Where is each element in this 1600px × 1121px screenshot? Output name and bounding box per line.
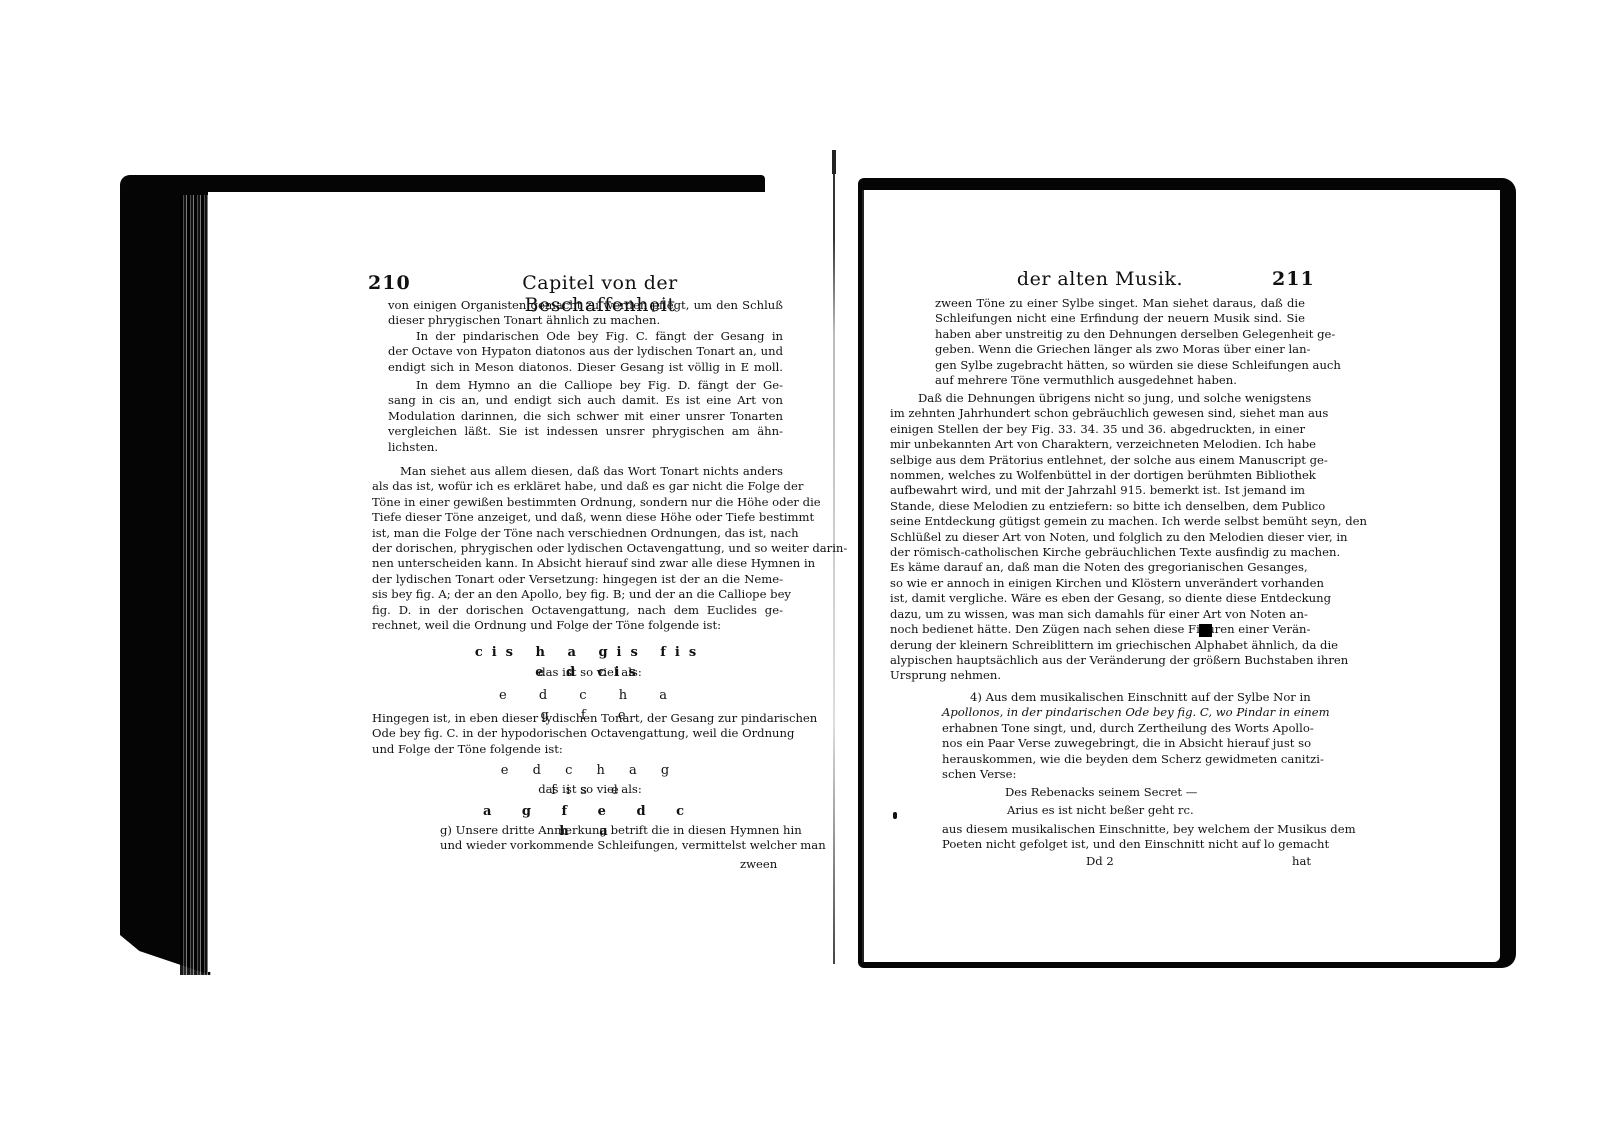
text-line: Man siehet aus allem diesen, daß das Wor… bbox=[372, 464, 783, 479]
text-line: Ode bey fig. C. in der hypodorischen Oct… bbox=[372, 726, 783, 741]
text-line: Ursprung nehmen. bbox=[890, 668, 1305, 683]
text-line: herauskommen, wie die beyden dem Scherz … bbox=[942, 752, 1305, 767]
footnote-line: g) Unsere dritte Anmerkung betrift die i… bbox=[440, 823, 783, 838]
signature-mark: Dd 2 bbox=[1086, 854, 1114, 869]
text-line: Es käme darauf an, daß man die Noten des… bbox=[890, 560, 1305, 575]
text-line: Tiefe dieser Töne anzeiget, und daß, wen… bbox=[372, 510, 783, 525]
right-page-paragraph-3: 4) Aus dem musikalischen Einschnitt auf … bbox=[942, 690, 1305, 782]
text-line: sis bey fig. A; der an den Apollo, bey f… bbox=[372, 587, 783, 602]
text-line: In der pindarischen Ode bey Fig. C. fäng… bbox=[388, 329, 783, 344]
ink-blot bbox=[1199, 620, 1212, 639]
text-line: zween Töne zu einer Sylbe singet. Man si… bbox=[935, 296, 1305, 311]
right-page-paragraph-4: aus diesem musikalischen Einschnitte, be… bbox=[942, 822, 1305, 853]
text-line: 4) Aus dem musikalischen Einschnitt auf … bbox=[942, 690, 1305, 705]
text-line: einigen Stellen der bey Fig. 33. 34. 35 … bbox=[890, 422, 1305, 437]
text-line: nommen, welches zu Wolfenbüttel in der d… bbox=[890, 468, 1305, 483]
text-line: als das ist, wofür ich es erkläret habe,… bbox=[372, 479, 783, 494]
text-line: ist, man die Folge der Töne nach verschi… bbox=[372, 526, 783, 541]
text-line: Apollonos, in der pindarischen Ode bey f… bbox=[942, 705, 1305, 720]
text-line: derung der kleinern Schreiblittern im gr… bbox=[890, 638, 1305, 653]
verse-line: Arius es ist nicht beßer geht rc. bbox=[1005, 803, 1265, 818]
left-page-number: 210 bbox=[368, 272, 411, 294]
text-line: noch bedienet hätte. Den Zügen nach sehe… bbox=[890, 622, 1305, 637]
text-line: so wie er annoch in einigen Kirchen und … bbox=[890, 576, 1305, 591]
text-line: schen Verse: bbox=[942, 767, 1305, 782]
text-line: lichsten. bbox=[388, 440, 783, 455]
text-line: mir unbekannten Art von Charaktern, verz… bbox=[890, 437, 1305, 452]
text-line: alypischen hauptsächlich aus der Verände… bbox=[890, 653, 1305, 668]
text-line: seine Entdeckung gütigst gemein zu mache… bbox=[890, 514, 1305, 529]
text-line: aufbewahrt wird, und mit der Jahrzahl 91… bbox=[890, 483, 1305, 498]
text-line: vergleichen läßt. Sie ist indessen unsre… bbox=[388, 424, 783, 439]
text-line: auf mehrere Töne vermuthlich ausgedehnet… bbox=[935, 373, 1305, 388]
text-line: endigt sich in Meson diatonos. Dieser Ge… bbox=[388, 360, 783, 375]
text-line: erhabnen Tone singt, und, durch Zertheil… bbox=[942, 721, 1305, 736]
left-page-body-2: Man siehet aus allem diesen, daß das Wor… bbox=[372, 464, 783, 633]
text-line: Daß die Dehnungen übrigens nicht so jung… bbox=[890, 391, 1305, 406]
right-page-paragraph-2: Daß die Dehnungen übrigens nicht so jung… bbox=[890, 391, 1305, 684]
text-line: der römisch-catholischen Kirche gebräuch… bbox=[890, 545, 1305, 560]
text-line: gen Sylbe zugebracht hätten, so würden s… bbox=[935, 358, 1305, 373]
text-line: dieser phrygischen Tonart ähnlich zu mac… bbox=[388, 313, 783, 328]
left-page-body-3: Hingegen ist, in eben dieser lydischen T… bbox=[372, 711, 783, 757]
text-line: der Octave von Hypaton diatonos aus der … bbox=[388, 344, 783, 359]
right-page-number: 211 bbox=[1272, 268, 1315, 290]
text-line: dazu, um zu wissen, was man sich damahls… bbox=[890, 607, 1305, 622]
right-catchword: hat bbox=[1292, 854, 1311, 869]
left-footnote: g) Unsere dritte Anmerkung betrift die i… bbox=[440, 823, 783, 854]
equivalence-label-1: das ist so viel als: bbox=[470, 665, 710, 680]
verse-quote: Des Rebenacks seinem Secret — Arius es i… bbox=[1005, 785, 1265, 819]
text-line: Modulation darinnen, die sich schwer mit… bbox=[388, 409, 783, 424]
text-line: fig. D. in der dorischen Octavengattung,… bbox=[372, 603, 783, 618]
text-line: Hingegen ist, in eben dieser lydischen T… bbox=[372, 711, 783, 726]
text-line: selbige aus dem Prätorius entlehnet, der… bbox=[890, 453, 1305, 468]
left-catchword: zween bbox=[740, 857, 777, 872]
text-line: Schlüßel zu dieser Art von Noten, und fo… bbox=[890, 530, 1305, 545]
footnote-line: und wieder vorkommende Schleifungen, ver… bbox=[440, 838, 783, 853]
text-line: von einigen Organisten gemacht zu werden… bbox=[388, 298, 783, 313]
right-running-head: der alten Musik. bbox=[1010, 268, 1190, 290]
text-line: und Folge der Töne folgende ist: bbox=[372, 742, 783, 757]
gutter-binding-mark bbox=[832, 150, 836, 970]
text-line: nen unterscheiden kann. In Absicht hiera… bbox=[372, 556, 783, 571]
text-line: der lydischen Tonart oder Versetzung: hi… bbox=[372, 572, 783, 587]
equivalence-label-2: das ist so viel als: bbox=[470, 782, 710, 797]
page-fore-edge bbox=[180, 195, 210, 975]
text-line: Stande, diese Melodien zu entziefern: so… bbox=[890, 499, 1305, 514]
left-page-body: von einigen Organisten gemacht zu werden… bbox=[388, 298, 783, 455]
text-line: im zehnten Jahrhundert schon gebräuchlic… bbox=[890, 406, 1305, 421]
text-line: Töne in einer gewißen bestimmten Ordnung… bbox=[372, 495, 783, 510]
text-line: Poeten nicht gefolget ist, und den Einsc… bbox=[942, 837, 1305, 852]
text-line: aus diesem musikalischen Einschnitte, be… bbox=[942, 822, 1305, 837]
verse-line: Des Rebenacks seinem Secret — bbox=[1005, 785, 1265, 800]
text-line: Schleifungen nicht eine Erfindung der ne… bbox=[935, 311, 1305, 326]
text-line: der dorischen, phrygischen oder lydische… bbox=[372, 541, 783, 556]
text-line: rechnet, weil die Ordnung und Folge der … bbox=[372, 618, 783, 633]
text-line: geben. Wenn die Griechen länger als zwo … bbox=[935, 342, 1305, 357]
right-page-body: zween Töne zu einer Sylbe singet. Man si… bbox=[935, 296, 1305, 388]
text-line: ist, damit vergliche. Wäre es eben der G… bbox=[890, 591, 1305, 606]
text-line: In dem Hymno an die Calliope bey Fig. D.… bbox=[388, 378, 783, 393]
margin-mark bbox=[893, 812, 897, 819]
text-line: nos ein Paar Verse zuwegebringt, die in … bbox=[942, 736, 1305, 751]
text-line: sang in cis an, und endigt sich auch dam… bbox=[388, 393, 783, 408]
text-line: haben aber unstreitig zu den Dehnungen d… bbox=[935, 327, 1305, 342]
